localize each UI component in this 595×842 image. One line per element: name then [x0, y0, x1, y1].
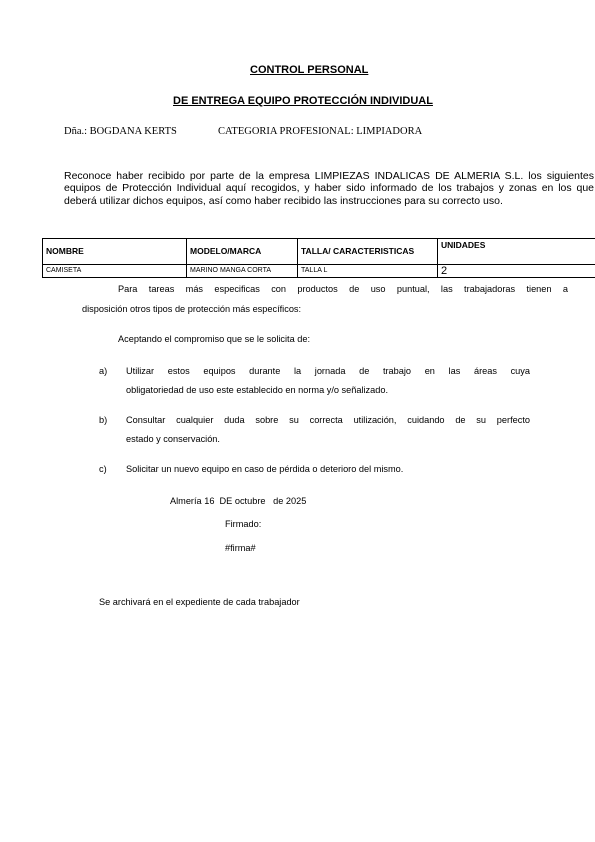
- header-talla-caracteristicas: TALLA/ CARACTERISTICAS: [298, 239, 438, 265]
- epi-table: NOMBRE MODELO/MARCA TALLA/ CARACTERISTIC…: [42, 238, 595, 278]
- commitment-intro: Aceptando el compromiso que se le solici…: [118, 334, 310, 344]
- professional-category: CATEGORIA PROFESIONAL: LIMPIADORA: [218, 126, 422, 137]
- header-nombre: NOMBRE: [43, 239, 187, 265]
- header-unidades: UNIDADES: [438, 239, 595, 265]
- date-line: Almería 16 DE octubre de 2025: [170, 496, 306, 506]
- commitment-a-line2: obligatoriedad de uso este establecido e…: [126, 385, 388, 395]
- employee-name: Dña.: BOGDANA KERTS: [64, 126, 177, 137]
- commitment-c-line1: Solicitar un nuevo equipo en caso de pér…: [126, 464, 403, 474]
- cell-nombre: CAMISETA: [43, 265, 187, 278]
- table-header-row: NOMBRE MODELO/MARCA TALLA/ CARACTERISTIC…: [43, 239, 595, 265]
- commitment-b-line2: estado y conservación.: [126, 434, 220, 444]
- intro-paragraph: Reconoce haber recibido por parte de la …: [64, 170, 594, 207]
- commitment-b-line1: Consultar cualquier duda sobre su correc…: [126, 415, 530, 425]
- commitment-a-line1: Utilizar estos equipos durante la jornad…: [126, 366, 530, 376]
- header-modelo-marca: MODELO/MARCA: [187, 239, 298, 265]
- specific-tasks-line2: disposición otros tipos de protección má…: [82, 304, 301, 314]
- signed-label: Firmado:: [225, 519, 261, 529]
- cell-unidades: 2: [438, 265, 595, 278]
- commitment-b-label: b): [99, 415, 107, 425]
- archive-note: Se archivará en el expediente de cada tr…: [99, 597, 300, 607]
- cell-talla: TALLA L: [298, 265, 438, 278]
- title-control-personal: CONTROL PERSONAL: [250, 64, 368, 76]
- commitment-a-label: a): [99, 366, 107, 376]
- commitment-c-label: c): [99, 464, 107, 474]
- specific-tasks-line1: Para tareas más especificas con producto…: [118, 284, 568, 294]
- cell-modelo-marca: MARINO MANGA CORTA: [187, 265, 298, 278]
- signature-placeholder: #firma#: [225, 543, 256, 553]
- title-entrega-epi: DE ENTREGA EQUIPO PROTECCIÓN INDIVIDUAL: [173, 95, 433, 107]
- table-row: CAMISETA MARINO MANGA CORTA TALLA L 2: [43, 265, 595, 278]
